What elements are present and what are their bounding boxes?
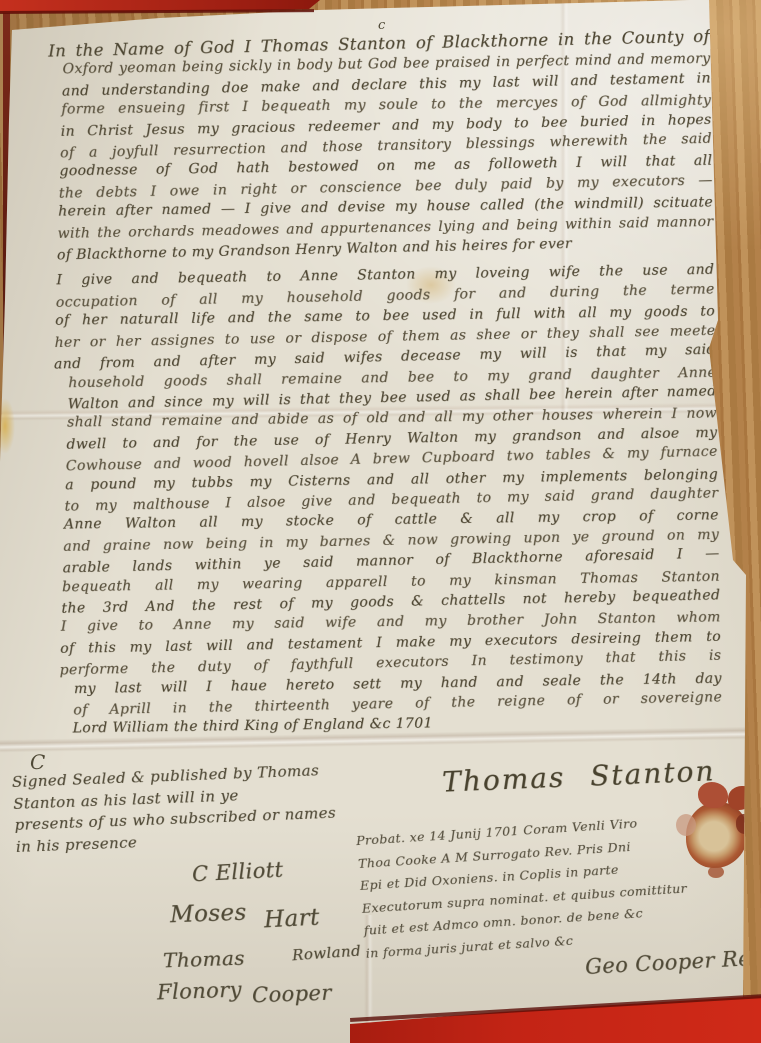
witness-signature: Cooper (252, 981, 332, 1008)
witness-signature: Flonory (157, 978, 243, 1005)
will-paragraph: I give and bequeath to Anne Stanton my l… (59, 259, 722, 740)
will-paragraph: In the Name of God I Thomas Stanton of B… (55, 28, 714, 264)
registrar-signature: Geo Cooper Regr (585, 945, 761, 979)
wax-seal-body (686, 802, 748, 868)
wax-seal-fragment (708, 866, 724, 878)
testator-signature: Thomas Stanton (441, 754, 716, 798)
witness-signature: C Elliott (191, 858, 283, 887)
photo-scene: c In the Name of God I Thomas Stanton of… (0, 0, 761, 1043)
will-body: In the Name of God I Thomas Stanton of B… (55, 28, 723, 741)
probate-note: Probat. xe 14 Junij 1701 Coram Venli Vir… (358, 809, 706, 965)
wax-seal-fragment (676, 814, 696, 836)
page-mark: c (378, 18, 386, 33)
manuscript-paper: c In the Name of God I Thomas Stanton of… (0, 0, 761, 1043)
witness-signature: Moses (170, 900, 247, 929)
witness-signature: Hart (263, 905, 320, 934)
witness-signature: Thomas (163, 946, 246, 973)
witness-signature: Rowland (291, 942, 361, 965)
edge-stain (0, 398, 15, 454)
wax-seal-fragment (698, 782, 728, 808)
